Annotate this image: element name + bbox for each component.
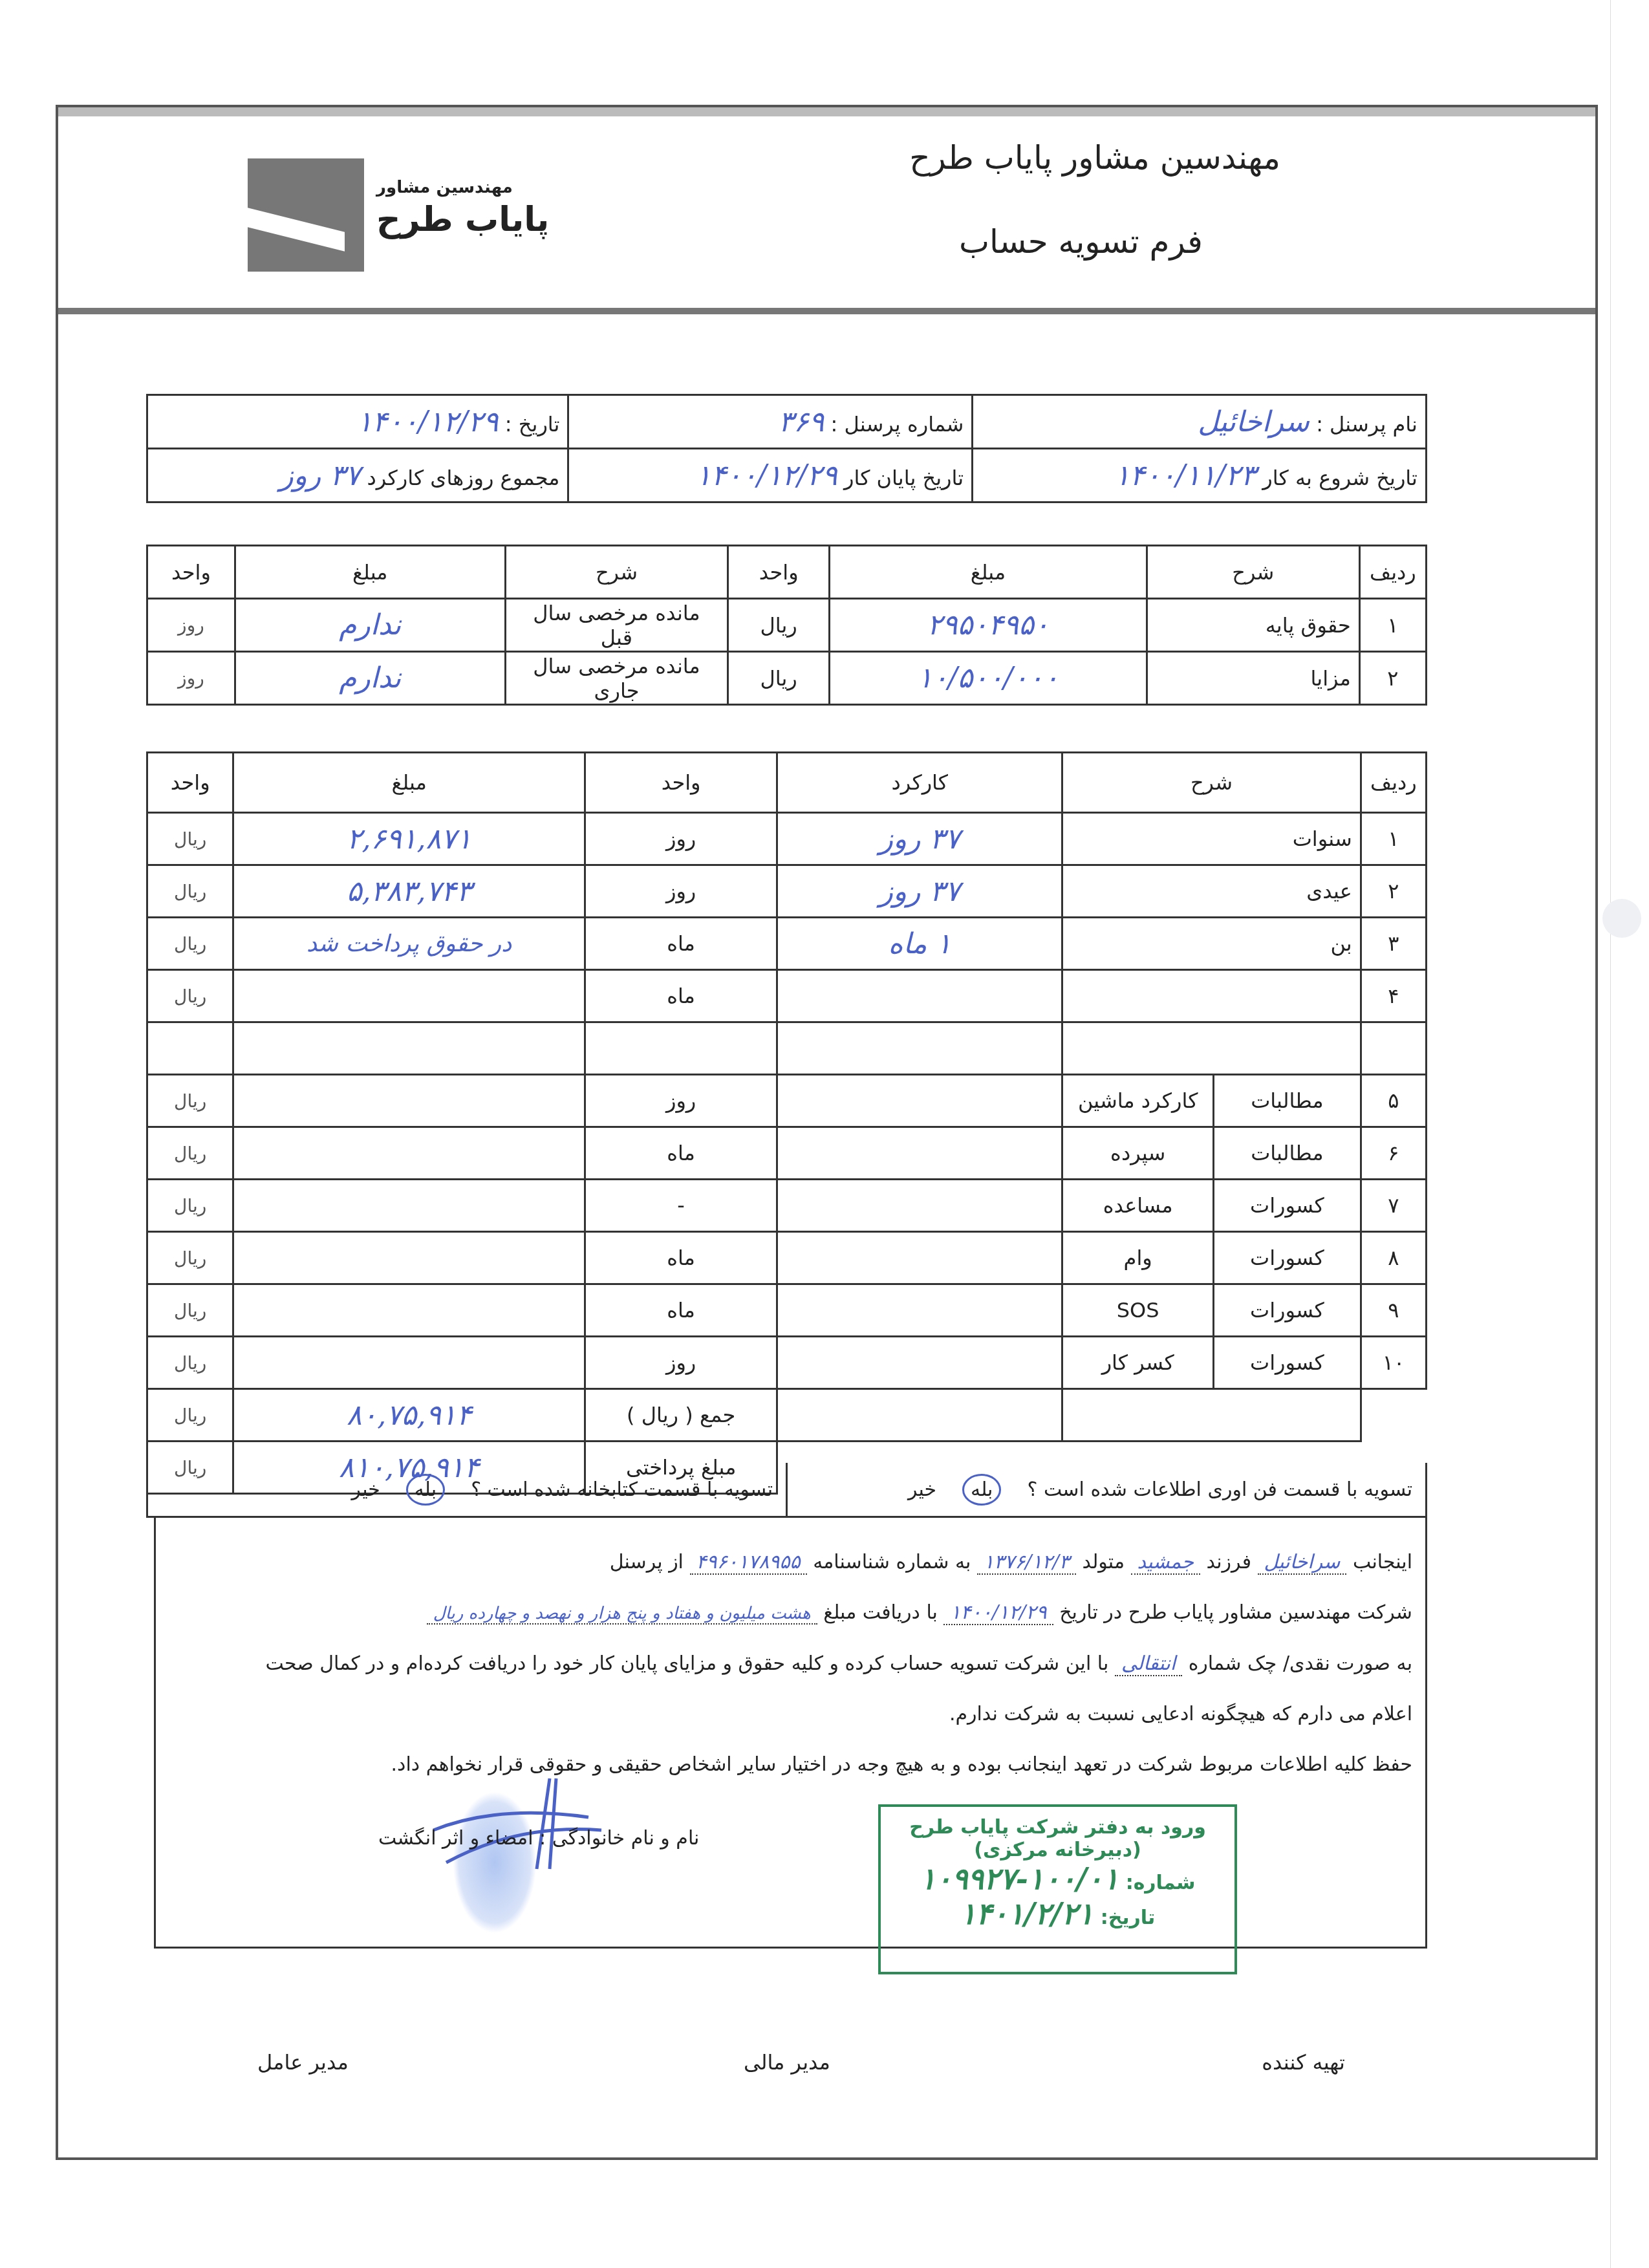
col-header: ردیف — [1359, 546, 1426, 599]
table-row: ۵مطالباتکارکرد ماشین روز ریال — [147, 1075, 1427, 1127]
table-row-spacer — [147, 1022, 1427, 1075]
col-header: شرح — [505, 546, 728, 599]
decl-name: سراخائیل — [1258, 1551, 1347, 1575]
declaration-line-2: شرکت مهندسین مشاور پایاب طرح در تاریخ ۱۴… — [169, 1588, 1412, 1639]
ceo-label: مدیر عامل — [257, 2050, 349, 2075]
col-header: واحد — [728, 546, 830, 599]
date-cell: تاریخ : ۱۴۰۰/۱۲/۲۹ — [147, 395, 568, 449]
table-row: ۲عیدی ۳۷ روزروز ۵,۳۸۳,۷۴۳ریال — [147, 865, 1427, 918]
name-cell: نام پرسنل : سراخائیل — [973, 395, 1427, 449]
end-date-value: ۱۴۰۰/۱۲/۲۹ — [696, 459, 837, 492]
declaration-line-4: اعلام می دارم که هیچگونه ادعایی نسبت به … — [169, 1689, 1412, 1740]
salary-leave-table: ردیف شرح مبلغ واحد شرح مبلغ واحد ۱ حقوق … — [146, 545, 1427, 706]
table-row: ۳بن ۱ ماهماه در حقوق پرداخت شدریال — [147, 918, 1427, 970]
settlement-table: ردیف شرح کارکرد واحد مبلغ واحد ۱سنوات ۳۷… — [146, 751, 1427, 1495]
name-value: سراخائیل — [1198, 405, 1309, 438]
it-no-option[interactable]: خیر — [908, 1478, 936, 1501]
signature-label: نام و نام خانوادگی : امضاء و اثر انگشت — [378, 1827, 699, 1850]
library-yes-option[interactable]: بله — [406, 1474, 445, 1506]
workdays-cell: مجموع روزهای کارکرد ۳۷ روز — [147, 449, 568, 502]
decl-id: ۴۹۶۰۱۷۸۹۵۵ — [690, 1551, 807, 1575]
library-clearance: تسویه با قسمت کتابخانه شده است ؟ بله خیر — [148, 1463, 786, 1516]
personnel-no-cell: شماره پرسنل : ۳۶۹ — [568, 395, 973, 449]
it-clearance: تسویه با قسمت فن اوری اطلاعات شده است ؟ … — [786, 1463, 1425, 1516]
table-row: ۸کسوراتوام ماه ریال — [147, 1232, 1427, 1284]
logo-icon — [248, 158, 364, 272]
col-header: مبلغ — [233, 753, 585, 813]
finance-manager-label: مدیر مالی — [744, 2050, 830, 2075]
page-edge — [1610, 0, 1611, 2268]
decl-father: جمشید — [1131, 1551, 1200, 1575]
table-row: ۶مطالباتسپرده ماه ریال — [147, 1127, 1427, 1180]
personnel-no-value: ۳۶۹ — [778, 405, 824, 438]
table-row: ۱سنوات ۳۷ روزروز ۲,۶۹۱,۸۷۱ریال — [147, 813, 1427, 865]
company-title: مهندسین مشاور پایاب طرح — [909, 139, 1280, 177]
start-date-cell: تاریخ شروع به کار ۱۴۰۰/۱۱/۲۳ — [973, 449, 1427, 502]
table-row: ۴ ماه ریال — [147, 970, 1427, 1022]
col-header: کارکرد — [777, 753, 1062, 813]
col-header: واحد — [585, 753, 777, 813]
col-header: واحد — [147, 546, 235, 599]
registry-stamp: ورود به دفتر شرکت پایاب طرح (دبیرخانه مر… — [878, 1804, 1237, 1974]
stamp-date: ۱۴۰۱/۲/۲۱ — [960, 1896, 1094, 1931]
table-row: ۱۰کسوراتکسر کار روز ریال — [147, 1337, 1427, 1389]
table-row: ۲ مزایا ۱۰/۵۰۰/۰۰۰ ریال مانده مرخصی سال … — [147, 652, 1427, 705]
date-value: ۱۴۰۰/۱۲/۲۹ — [357, 405, 499, 438]
declaration-line-3: به صورت نقدی/ چک شماره انتقالی با این شر… — [169, 1639, 1412, 1689]
total-row: جمع ( ریال ) ۸۰,۷۵,۹۱۴ریال — [147, 1389, 1427, 1442]
declaration-line-5: حفظ کلیه اطلاعات مربوط شرکت در تعهد اینج… — [169, 1740, 1412, 1790]
stamp-number: ۱۰۰/۰۱-۱۰۹۹۲۷ — [920, 1861, 1119, 1896]
declaration-line-1: اینجانب سراخائیل فرزند جمشید متولد ۱۳۷۶/… — [169, 1537, 1412, 1588]
decl-cheque: انتقالی — [1115, 1652, 1182, 1676]
decl-birth: ۱۳۷۶/۱۲/۳ — [977, 1551, 1076, 1575]
table-row: ۷کسوراتمساعده - ریال — [147, 1180, 1427, 1232]
workdays-value: ۳۷ روز — [279, 459, 360, 492]
col-header: شرح — [1147, 546, 1359, 599]
preparer-label: تهیه کننده — [1262, 2050, 1345, 2075]
library-no-option[interactable]: خیر — [352, 1478, 380, 1501]
it-yes-option[interactable]: بله — [962, 1474, 1001, 1506]
col-header: مبلغ — [829, 546, 1147, 599]
decl-date: ۱۴۰۰/۱۲/۲۹ — [943, 1601, 1053, 1625]
col-header: ردیف — [1361, 753, 1426, 813]
col-header: شرح — [1062, 753, 1361, 813]
clearance-checks: تسویه با قسمت فن اوری اطلاعات شده است ؟ … — [146, 1463, 1427, 1518]
logo-name: پایاب طرح — [376, 200, 549, 239]
decl-amount-words: هشت میلیون و هفتاد و پنج هزار و نهصد و چ… — [427, 1604, 817, 1625]
personnel-info-table: نام پرسنل : سراخائیل شماره پرسنل : ۳۶۹ ت… — [146, 394, 1427, 503]
table-row: ۹کسوراتSOS ماه ریال — [147, 1284, 1427, 1337]
logo-subtitle: مهندسین مشاور — [376, 178, 513, 197]
total-value: ۸۰,۷۵,۹۱۴ — [233, 1389, 585, 1442]
table-row: ۱ حقوق پایه ۲۹۵۰۴۹۵۰ ریال مانده مرخصی سا… — [147, 599, 1427, 652]
punch-hole — [1602, 899, 1641, 938]
form-title: فرم تسویه حساب — [959, 223, 1203, 261]
col-header: مبلغ — [235, 546, 505, 599]
start-date-value: ۱۴۰۰/۱۱/۲۳ — [1114, 459, 1256, 492]
end-date-cell: تاریخ پایان کار ۱۴۰۰/۱۲/۲۹ — [568, 449, 973, 502]
col-header: واحد — [147, 753, 233, 813]
